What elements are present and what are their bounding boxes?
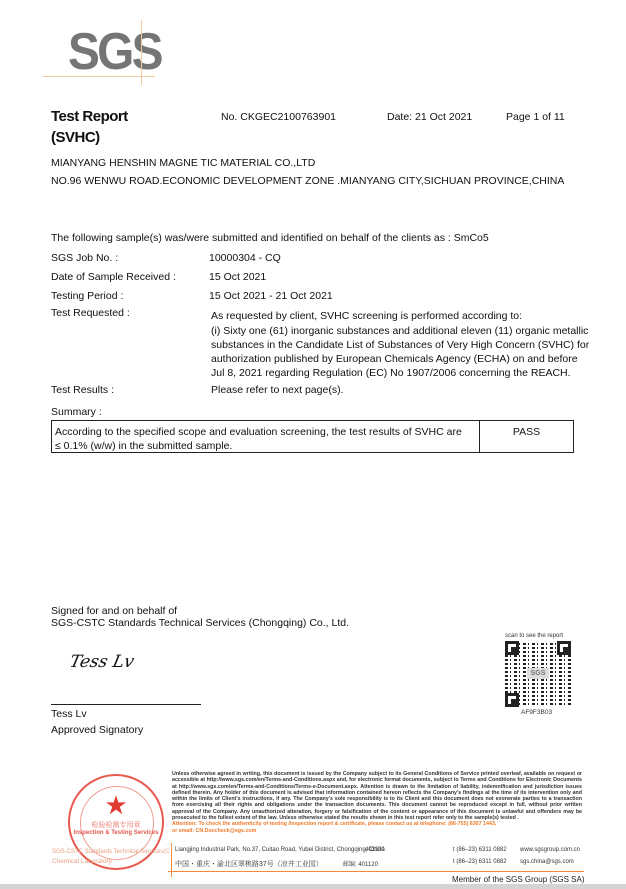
page-bottom-edge — [0, 884, 626, 889]
footer-phone-1: t (86–23) 6311 0882 — [453, 847, 507, 853]
testing-period-label: Testing Period : — [51, 290, 123, 303]
job-no-value: 10000304 - CQ — [209, 252, 281, 265]
qr-finder-icon — [505, 693, 519, 707]
summary-text: According to the specified scope and eva… — [52, 421, 480, 452]
star-icon: ★ — [70, 792, 162, 818]
job-no-label: SGS Job No. : — [51, 252, 118, 265]
disclaimer-text: Unless otherwise agreed in writing, this… — [172, 771, 582, 821]
testing-period-value: 15 Oct 2021 - 21 Oct 2021 — [209, 290, 333, 303]
summary-table: According to the specified scope and eva… — [51, 420, 574, 453]
test-requested-detail-3: authorization published by European Chem… — [211, 353, 578, 366]
test-results-label: Test Results : — [51, 384, 114, 397]
qr-finder-icon — [505, 641, 519, 655]
footer-email-link[interactable]: sgs.china@sgs.com — [520, 859, 574, 865]
summary-result: PASS — [480, 421, 573, 452]
test-requested-detail-1: (i) Sixty one (61) inorganic substances … — [211, 325, 588, 338]
qr-finder-icon — [557, 641, 571, 655]
lab-name: SGS-CSTC Standards Technical Services(Ch… — [52, 848, 170, 866]
logo-accent-line-vertical — [141, 20, 142, 85]
date-received-label: Date of Sample Received : — [51, 271, 176, 284]
page-indicator: Page 1 of 11 — [506, 111, 565, 124]
seal-english-text: Inspection & Testing Services — [70, 830, 162, 836]
signatory-role: Approved Signatory — [51, 724, 143, 737]
sample-intro: The following sample(s) was/were submitt… — [51, 232, 489, 245]
signatory-name: Tess Lv — [51, 708, 87, 721]
lab-name-line-1: SGS-CSTC Standards Technical Services(Ch… — [52, 848, 170, 857]
logo-accent-line — [43, 76, 155, 77]
date-received-value: 15 Oct 2021 — [209, 271, 266, 284]
report-subtitle: (SVHC) — [51, 129, 100, 146]
footer-postcode-cn: 邮编: 401120 — [343, 859, 378, 868]
handwritten-signature: Tess Lv — [68, 652, 136, 672]
summary-label: Summary : — [51, 406, 102, 419]
report-title: Test Report — [51, 108, 128, 125]
footer-divider — [168, 871, 584, 872]
qr-code-id: AF9F3B03 — [521, 709, 552, 716]
summary-text-line-1: According to the specified scope and eva… — [55, 425, 476, 439]
attention-email[interactable]: or email: CN.Doccheck@sgs.com — [172, 828, 582, 834]
qr-sgs-label: SGS — [527, 668, 549, 679]
signature-line — [51, 704, 201, 705]
qr-code[interactable]: SGS — [505, 641, 571, 707]
test-requested-value: As requested by client, SVHC screening i… — [211, 310, 522, 323]
client-name: MIANYANG HENSHIN MAGNE TIC MATERIAL CO.,… — [51, 157, 315, 170]
report-date: Date: 21 Oct 2021 — [387, 111, 472, 124]
sgs-logo: SGS — [43, 20, 163, 85]
signing-company: SGS-CSTC Standards Technical Services (C… — [51, 617, 349, 630]
footer-address-en: Liangjing Industrial Park, No.37, Cuitao… — [175, 847, 385, 853]
test-requested-detail-4: Jul 8, 2021 regarding Regulation (EC) No… — [211, 367, 571, 380]
lab-name-line-2: Chemical Laboratory — [52, 857, 170, 866]
seal-chinese-text: 检验检测专用章 — [70, 820, 162, 830]
client-address: NO.96 WENWU ROAD.ECONOMIC DEVELOPMENT ZO… — [51, 175, 564, 188]
legal-disclaimer: Unless otherwise agreed in writing, this… — [172, 771, 582, 834]
sgs-logo-text: SGS — [68, 26, 161, 78]
test-requested-detail-2: substances in the Candidate List of Subs… — [211, 339, 589, 352]
summary-text-line-2: ≤ 0.1% (w/w) in the submitted sample. — [55, 439, 476, 453]
footer-phone-2: t (86–23) 6311 0882 — [453, 859, 507, 865]
footer-website-link[interactable]: www.sgsgroup.com.cn — [520, 847, 580, 853]
footer-postcode-en: 401120 — [365, 847, 385, 853]
qr-caption: scan to see the report — [505, 633, 563, 639]
footer-address-cn: 中国・重庆・渝北区翠桃路37号（凉井工业园） — [175, 859, 323, 869]
test-requested-label: Test Requested : — [51, 307, 130, 320]
test-results-value: Please refer to next page(s). — [211, 384, 344, 397]
sgs-group-membership: Member of the SGS Group (SGS SA) — [452, 875, 585, 884]
report-number: No. CKGEC2100763901 — [221, 111, 336, 124]
